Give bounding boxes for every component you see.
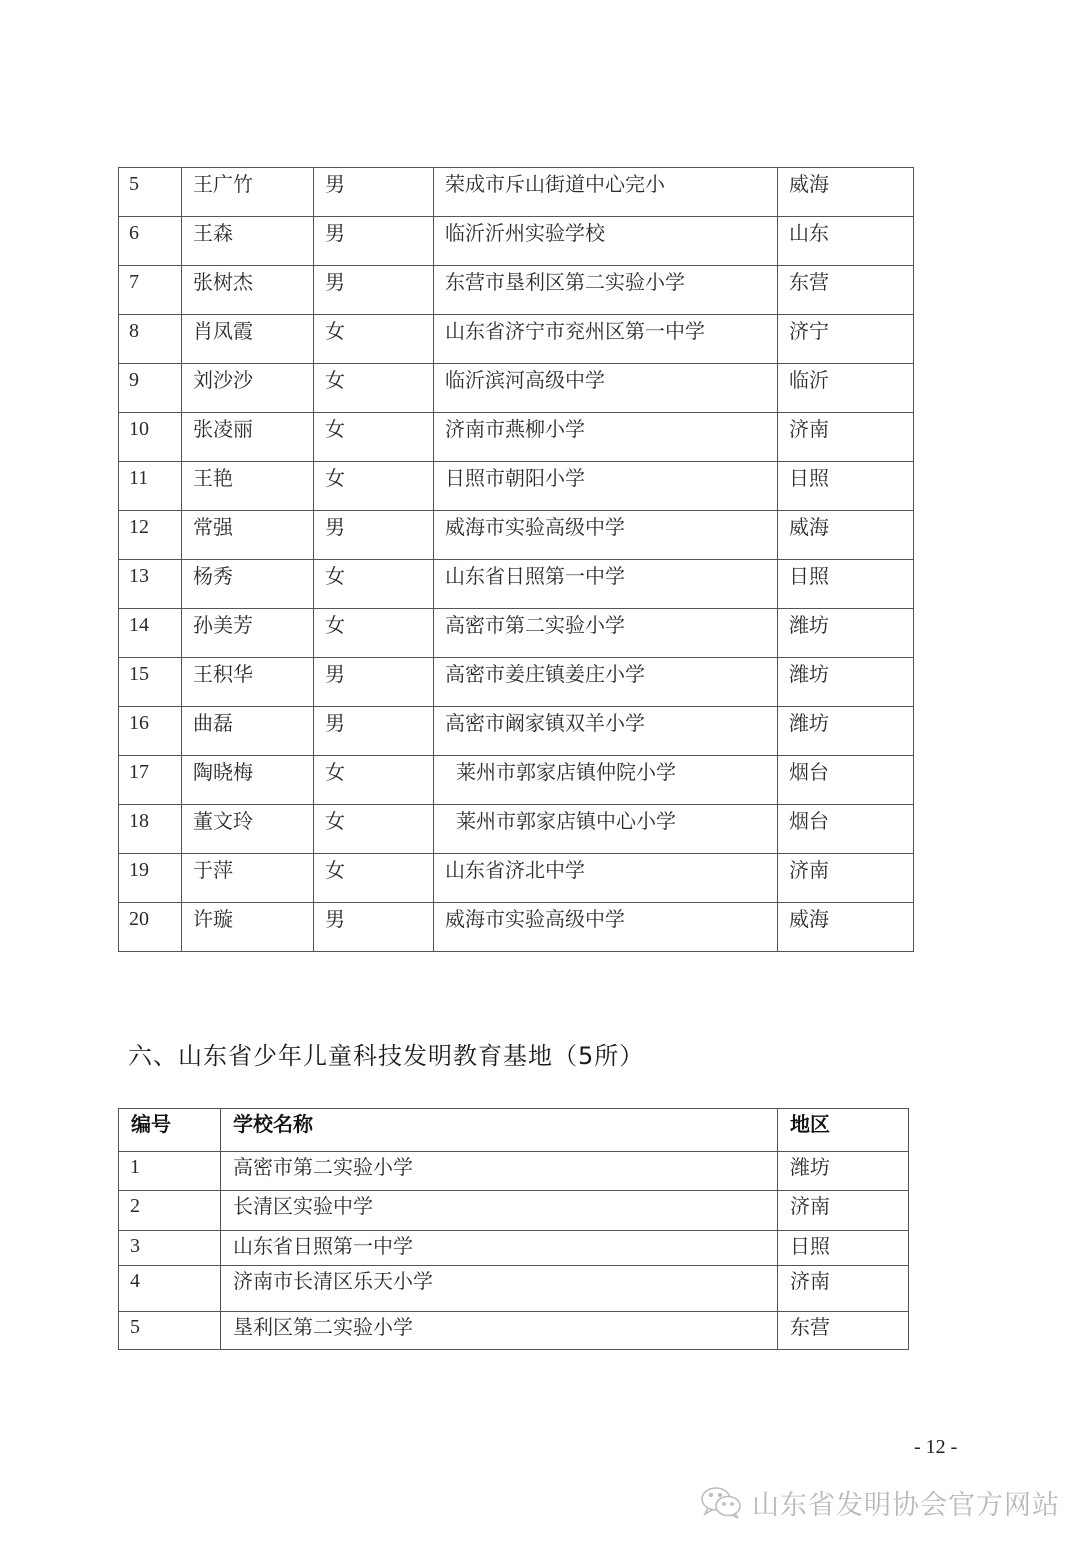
cell-no: 8 [119, 315, 182, 364]
cell-gender: 男 [314, 903, 434, 952]
cell-no: 4 [119, 1266, 221, 1312]
cell-region: 威海 [778, 511, 914, 560]
cell-gender: 女 [314, 364, 434, 413]
table-header-row: 编号 学校名称 地区 [119, 1109, 909, 1152]
table-row: 2长清区实验中学济南 [119, 1191, 909, 1231]
awardees-table-body: 5王广竹男荣成市斥山街道中心完小威海6王森男临沂沂州实验学校山东7张树杰男东营市… [119, 168, 914, 952]
cell-school: 垦利区第二实验小学 [221, 1312, 778, 1350]
cell-school: 临沂滨河高级中学 [434, 364, 778, 413]
section-title: 六、山东省少年儿童科技发明教育基地（5所） [128, 1036, 644, 1071]
cell-region: 济南 [778, 854, 914, 903]
cell-region: 临沂 [778, 364, 914, 413]
cell-region: 济南 [778, 1266, 909, 1312]
cell-region: 日照 [778, 462, 914, 511]
wechat-icon [700, 1486, 744, 1520]
table-row: 5垦利区第二实验小学东营 [119, 1312, 909, 1350]
cell-name: 王广竹 [182, 168, 314, 217]
cell-region: 济宁 [778, 315, 914, 364]
table-row: 7张树杰男东营市垦利区第二实验小学东营 [119, 266, 914, 315]
table-row: 8肖凤霞女山东省济宁市兖州区第一中学济宁 [119, 315, 914, 364]
cell-name: 肖凤霞 [182, 315, 314, 364]
education-base-table-body: 编号 学校名称 地区 1高密市第二实验小学潍坊2长清区实验中学济南3山东省日照第… [119, 1109, 909, 1350]
cell-name: 张凌丽 [182, 413, 314, 462]
cell-region: 烟台 [778, 756, 914, 805]
cell-name: 杨秀 [182, 560, 314, 609]
cell-name: 于萍 [182, 854, 314, 903]
cell-region: 日照 [778, 1231, 909, 1266]
table-row: 10张凌丽女济南市燕柳小学济南 [119, 413, 914, 462]
cell-no: 13 [119, 560, 182, 609]
cell-gender: 男 [314, 217, 434, 266]
cell-school: 高密市第二实验小学 [434, 609, 778, 658]
cell-school: 山东省济宁市兖州区第一中学 [434, 315, 778, 364]
cell-name: 曲磊 [182, 707, 314, 756]
cell-gender: 女 [314, 854, 434, 903]
cell-name: 孙美芳 [182, 609, 314, 658]
cell-region: 东营 [778, 1312, 909, 1350]
cell-school: 长清区实验中学 [221, 1191, 778, 1231]
cell-name: 陶晓梅 [182, 756, 314, 805]
watermark-text: 山东省发明协会官方网站 [752, 1483, 1060, 1522]
cell-gender: 女 [314, 462, 434, 511]
table-row: 18董文玲女莱州市郭家店镇中心小学烟台 [119, 805, 914, 854]
cell-gender: 女 [314, 560, 434, 609]
cell-gender: 男 [314, 707, 434, 756]
header-school: 学校名称 [221, 1109, 778, 1152]
cell-no: 1 [119, 1152, 221, 1191]
cell-school: 临沂沂州实验学校 [434, 217, 778, 266]
table-row: 1高密市第二实验小学潍坊 [119, 1152, 909, 1191]
cell-gender: 女 [314, 315, 434, 364]
cell-school: 山东省日照第一中学 [434, 560, 778, 609]
table-row: 6王森男临沂沂州实验学校山东 [119, 217, 914, 266]
cell-no: 19 [119, 854, 182, 903]
table-row: 16曲磊男高密市阚家镇双羊小学潍坊 [119, 707, 914, 756]
cell-gender: 女 [314, 413, 434, 462]
cell-region: 潍坊 [778, 707, 914, 756]
table-row: 17陶晓梅女莱州市郭家店镇仲院小学烟台 [119, 756, 914, 805]
cell-school: 高密市阚家镇双羊小学 [434, 707, 778, 756]
table-row: 3山东省日照第一中学日照 [119, 1231, 909, 1266]
cell-no: 6 [119, 217, 182, 266]
table-row: 9刘沙沙女临沂滨河高级中学临沂 [119, 364, 914, 413]
cell-gender: 女 [314, 609, 434, 658]
cell-no: 11 [119, 462, 182, 511]
cell-school: 威海市实验高级中学 [434, 511, 778, 560]
cell-gender: 女 [314, 805, 434, 854]
awardees-table: 5王广竹男荣成市斥山街道中心完小威海6王森男临沂沂州实验学校山东7张树杰男东营市… [118, 167, 914, 952]
cell-school: 莱州市郭家店镇仲院小学 [434, 756, 778, 805]
cell-no: 7 [119, 266, 182, 315]
cell-no: 3 [119, 1231, 221, 1266]
header-no: 编号 [119, 1109, 221, 1152]
cell-region: 潍坊 [778, 658, 914, 707]
cell-name: 王森 [182, 217, 314, 266]
cell-no: 16 [119, 707, 182, 756]
page-number: - 12 - [914, 1436, 957, 1459]
table-row: 15王积华男高密市姜庄镇姜庄小学潍坊 [119, 658, 914, 707]
cell-gender: 男 [314, 266, 434, 315]
cell-no: 5 [119, 1312, 221, 1350]
cell-region: 日照 [778, 560, 914, 609]
table-row: 19于萍女山东省济北中学济南 [119, 854, 914, 903]
cell-region: 威海 [778, 168, 914, 217]
cell-no: 2 [119, 1191, 221, 1231]
cell-no: 17 [119, 756, 182, 805]
cell-no: 12 [119, 511, 182, 560]
cell-school: 济南市长清区乐天小学 [221, 1266, 778, 1312]
cell-region: 威海 [778, 903, 914, 952]
cell-name: 王艳 [182, 462, 314, 511]
cell-region: 山东 [778, 217, 914, 266]
cell-no: 9 [119, 364, 182, 413]
cell-school: 山东省济北中学 [434, 854, 778, 903]
cell-no: 5 [119, 168, 182, 217]
cell-school: 山东省日照第一中学 [221, 1231, 778, 1266]
cell-region: 烟台 [778, 805, 914, 854]
cell-school: 高密市姜庄镇姜庄小学 [434, 658, 778, 707]
cell-school: 高密市第二实验小学 [221, 1152, 778, 1191]
cell-region: 东营 [778, 266, 914, 315]
table-row: 13杨秀女山东省日照第一中学日照 [119, 560, 914, 609]
cell-no: 14 [119, 609, 182, 658]
cell-school: 荣成市斥山街道中心完小 [434, 168, 778, 217]
cell-gender: 女 [314, 756, 434, 805]
header-region: 地区 [778, 1109, 909, 1152]
table-row: 4济南市长清区乐天小学济南 [119, 1266, 909, 1312]
cell-school: 东营市垦利区第二实验小学 [434, 266, 778, 315]
cell-name: 刘沙沙 [182, 364, 314, 413]
table-row: 12常强男威海市实验高级中学威海 [119, 511, 914, 560]
cell-no: 18 [119, 805, 182, 854]
table-row: 5王广竹男荣成市斥山街道中心完小威海 [119, 168, 914, 217]
cell-no: 10 [119, 413, 182, 462]
cell-gender: 男 [314, 168, 434, 217]
cell-name: 王积华 [182, 658, 314, 707]
cell-name: 常强 [182, 511, 314, 560]
cell-school: 日照市朝阳小学 [434, 462, 778, 511]
table-row: 11王艳女日照市朝阳小学日照 [119, 462, 914, 511]
cell-no: 20 [119, 903, 182, 952]
cell-school: 威海市实验高级中学 [434, 903, 778, 952]
education-base-table: 编号 学校名称 地区 1高密市第二实验小学潍坊2长清区实验中学济南3山东省日照第… [118, 1108, 909, 1350]
cell-name: 张树杰 [182, 266, 314, 315]
cell-gender: 男 [314, 511, 434, 560]
cell-name: 董文玲 [182, 805, 314, 854]
table-row: 14孙美芳女高密市第二实验小学潍坊 [119, 609, 914, 658]
cell-school: 莱州市郭家店镇中心小学 [434, 805, 778, 854]
watermark: 山东省发明协会官方网站 [700, 1483, 1060, 1522]
cell-region: 潍坊 [778, 609, 914, 658]
table-row: 20许璇男威海市实验高级中学威海 [119, 903, 914, 952]
cell-region: 济南 [778, 1191, 909, 1231]
cell-no: 15 [119, 658, 182, 707]
cell-region: 潍坊 [778, 1152, 909, 1191]
cell-gender: 男 [314, 658, 434, 707]
cell-region: 济南 [778, 413, 914, 462]
cell-school: 济南市燕柳小学 [434, 413, 778, 462]
cell-name: 许璇 [182, 903, 314, 952]
